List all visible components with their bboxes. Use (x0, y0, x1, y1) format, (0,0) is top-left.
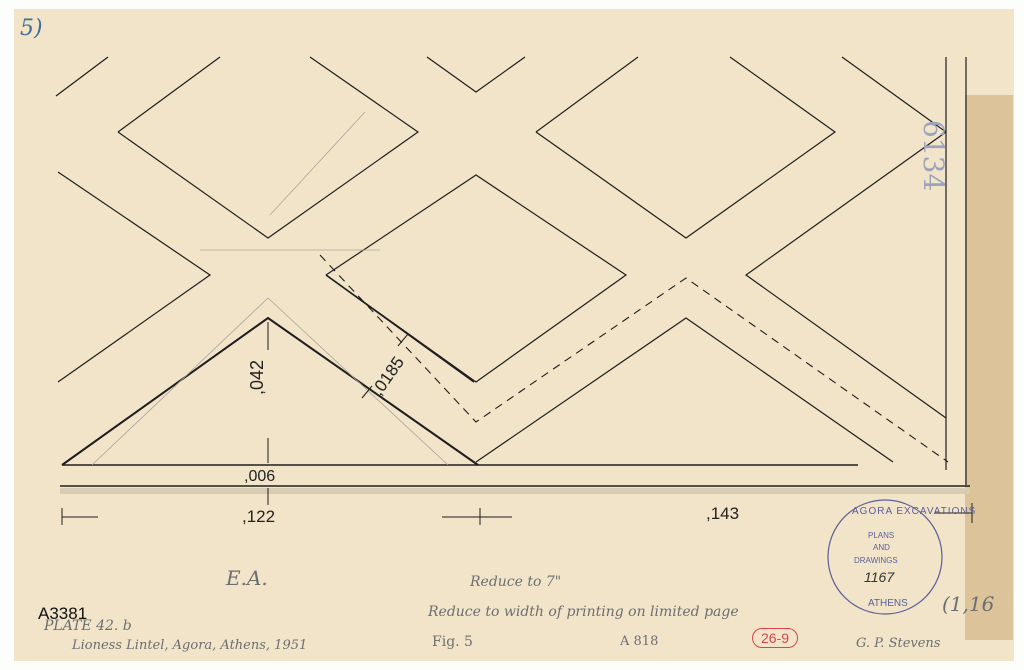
scale-note: (1,16 (942, 592, 994, 616)
dim-height-triangle: ,042 (247, 360, 268, 395)
stamp-line2: AND (873, 543, 890, 552)
reduce-width-note: Reduce to width of printing on limited p… (428, 604, 739, 620)
reduce-note: Reduce to 7" (470, 574, 561, 590)
dim-base-gap: ,006 (244, 468, 275, 486)
stamp-line3: DRAWINGS (854, 556, 898, 565)
initials: E.A. (226, 566, 268, 590)
stamp-number: 1167 (864, 569, 894, 585)
plate-note: PLATE 42. b (44, 618, 132, 634)
ref-label: A 818 (620, 634, 658, 649)
dim-span-left: ,122 (242, 507, 275, 527)
caption-note: Lioness Lintel, Agora, Athens, 1951 (72, 638, 307, 653)
dim-span-right: ,143 (706, 504, 739, 524)
signature: G. P. Stevens (856, 636, 940, 651)
corner-number: 5) (20, 16, 43, 41)
rotated-stamp-number: 6134 (917, 120, 950, 191)
stamp-bottom: ATHENS (868, 598, 908, 609)
figure-label: Fig. 5 (432, 634, 473, 650)
red-label: 26-9 (752, 628, 798, 648)
stamp-top: AGORA EXCAVATIONS (852, 506, 976, 517)
stamp-line1: PLANS (868, 531, 894, 540)
